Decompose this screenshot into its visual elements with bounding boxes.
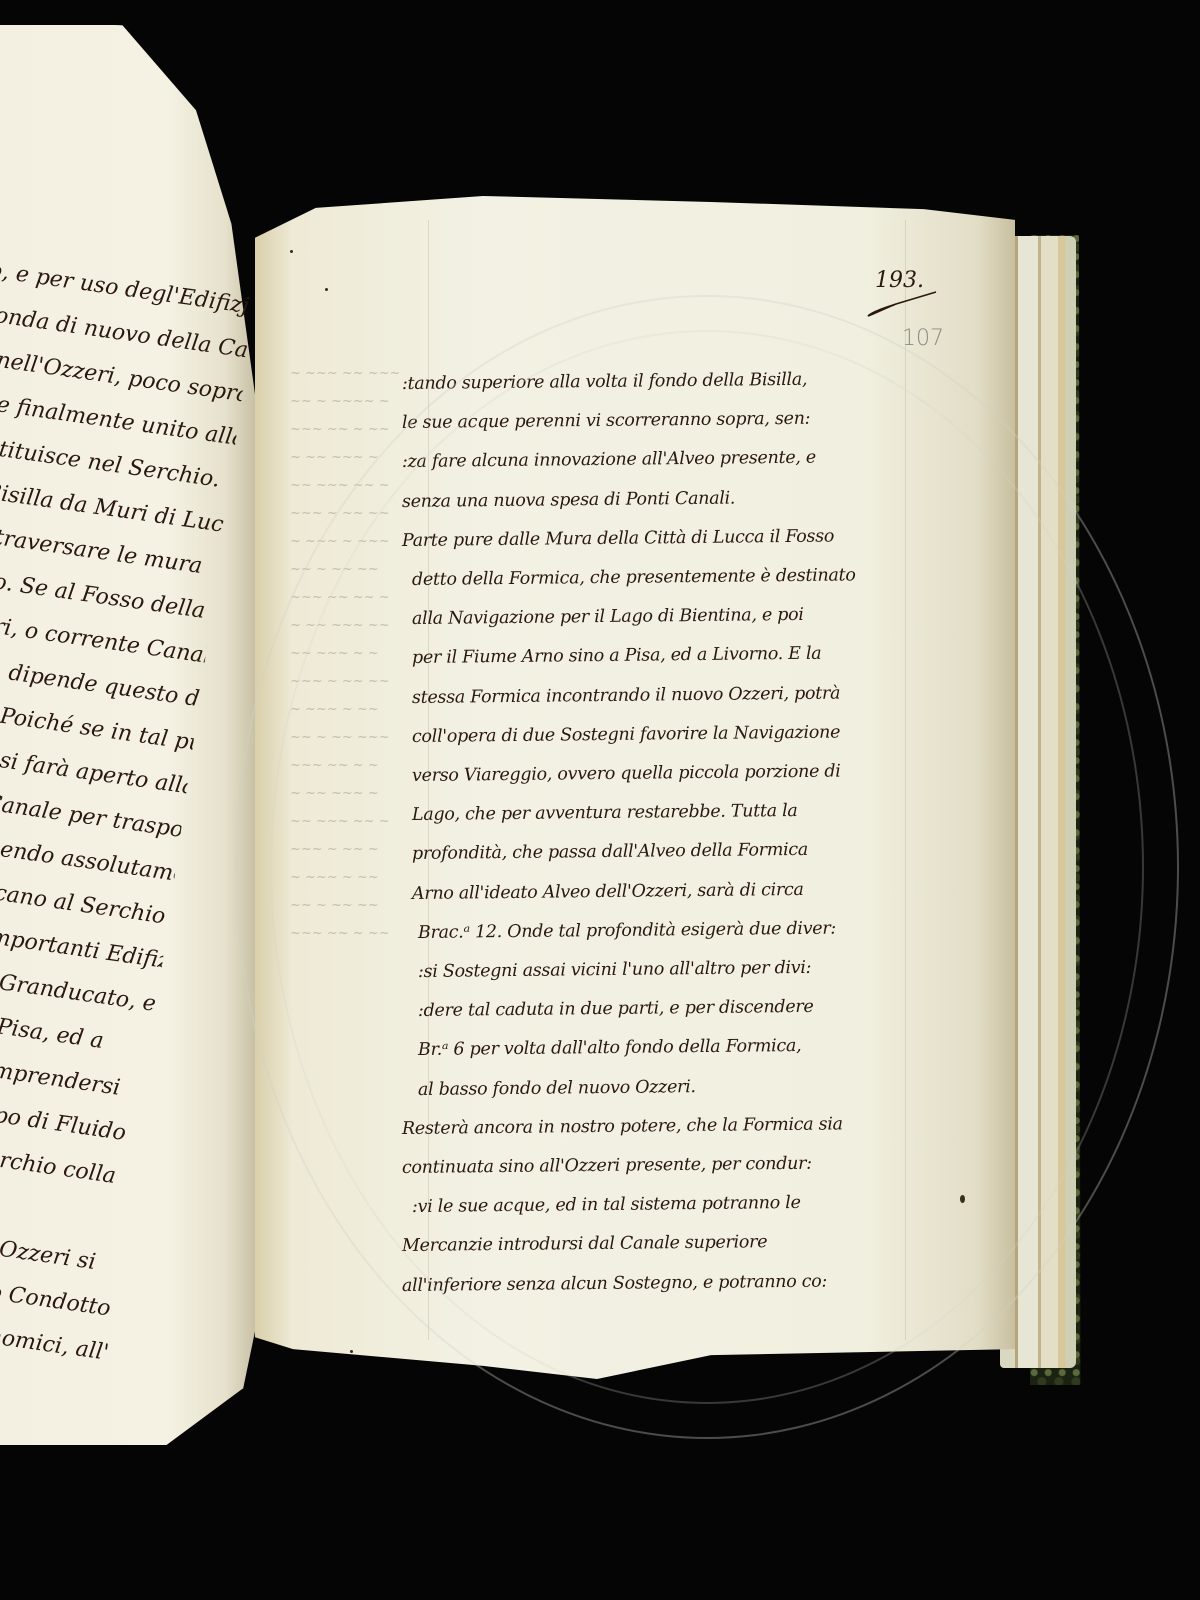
text-line: coll'opera di due Sostegni favorire la N… <box>412 712 922 757</box>
text-line: senza una nuova spesa di Ponti Canali. <box>402 477 922 522</box>
text-line: Parte pure dalle Mura della Città di Luc… <box>402 516 922 561</box>
text-line: detto della Formica, che presentemente è… <box>412 556 922 601</box>
text-line: Mercanzie introdursi dal Canale superior… <box>402 1222 922 1267</box>
text-line: Arno all'ideato Alveo dell'Ozzeri, sarà … <box>412 869 922 914</box>
text-line: all'inferiore senza alcun Sostegno, e po… <box>402 1261 922 1306</box>
text-line: :dere tal caduta in due parti, e per dis… <box>418 987 922 1031</box>
paper-speck <box>290 250 293 253</box>
text-line: Resterà ancora in nostro potere, che la … <box>402 1104 922 1149</box>
paper-speck <box>350 1350 353 1353</box>
text-line: stessa Formica incontrando il nuovo Ozze… <box>412 673 922 718</box>
text-line: Brac.ᵃ 12. Onde tal profondità esigerà d… <box>418 909 922 953</box>
text-line: :si Sostegni assai vicini l'uno all'altr… <box>418 948 922 992</box>
paper-speck <box>325 288 328 291</box>
text-line: Br.ᵃ 6 per volta dall'alto fondo della F… <box>418 1026 922 1070</box>
text-line: le sue acque perenni vi scorreranno sopr… <box>402 399 922 444</box>
right-page-text: :tando superiore alla volta il fondo del… <box>402 365 922 1306</box>
text-line: continuata sino all'Ozzeri presente, per… <box>402 1144 922 1189</box>
paper-speck <box>960 1195 965 1203</box>
book-photograph: o, e per uso degl'Edifizj Ferrar. conda … <box>0 0 1200 1600</box>
text-line: verso Viareggio, ovvero quella piccola p… <box>412 752 922 797</box>
show-through-text: ~ ~~~ ~~ ~~~~~ ~ ~~~~ ~~~~ ~~ ~ ~~ ~ ~~ … <box>290 360 400 1260</box>
folio-number-pencil: 107 <box>902 326 944 351</box>
text-line: profondità, che passa dall'Alveo della F… <box>412 830 922 875</box>
text-line: :vi le sue acque, ed in tal sistema potr… <box>412 1183 922 1228</box>
text-line: per il Fiume Arno sino a Pisa, ed a Livo… <box>412 634 922 679</box>
text-line: :za fare alcuna innovazione all'Alveo pr… <box>402 438 922 483</box>
text-line: alla Navigazione per il Lago di Bientina… <box>412 595 922 640</box>
folio-flourish-icon <box>866 288 938 318</box>
text-line: Lago, che per avventura restarebbe. Tutt… <box>412 791 922 836</box>
text-line: al basso fondo del nuovo Ozzeri. <box>418 1065 922 1109</box>
text-line: :tando superiore alla volta il fondo del… <box>402 360 922 405</box>
